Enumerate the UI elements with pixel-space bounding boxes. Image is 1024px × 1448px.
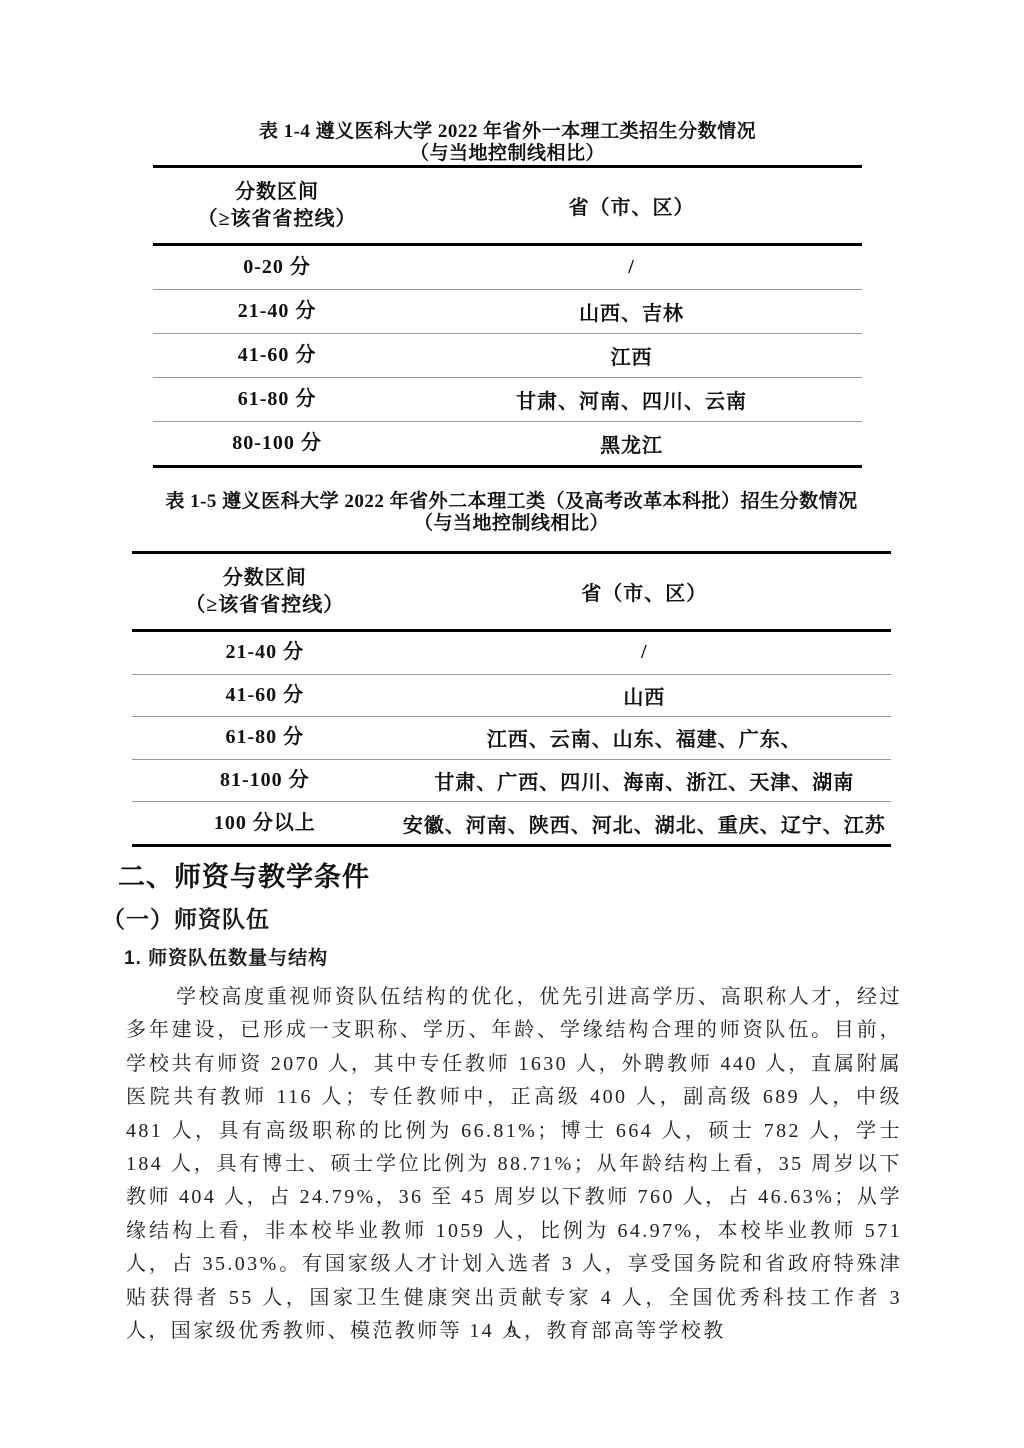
numbered-heading-faculty-quantity-structure: 1. 师资队伍数量与结构 — [124, 943, 328, 970]
score-range-cell: 41-60 分 — [132, 675, 398, 717]
header-score-range-line2: （≥该省省控线） — [198, 206, 357, 233]
table-row: 21-40 分 / — [132, 632, 891, 674]
header-score-range: 分数区间 （≥该省省控线） — [132, 554, 398, 629]
header-score-range: 分数区间 （≥该省省控线） — [153, 168, 401, 243]
table-header-row: 分数区间 （≥该省省控线） 省（市、区） — [132, 554, 891, 632]
province-cell: 安徽、河南、陕西、河北、湖北、重庆、辽宁、江苏 — [398, 802, 891, 844]
province-cell: / — [401, 246, 862, 289]
score-range-cell: 100 分以上 — [132, 802, 398, 844]
table-row: 61-80 分 江西、云南、山东、福建、广东、 — [132, 716, 891, 759]
table-1-4: 分数区间 （≥该省省控线） 省（市、区） 0-20 分 / 21-40 分 山西… — [153, 165, 862, 468]
header-province: 省（市、区） — [398, 554, 891, 629]
score-range-cell: 21-40 分 — [132, 632, 398, 674]
table-row: 0-20 分 / — [153, 246, 862, 289]
province-cell: 江西、云南、山东、福建、广东、 — [398, 717, 891, 759]
table-row: 61-80 分 甘肃、河南、四川、云南 — [153, 377, 862, 421]
table-1-4-title-line1: 表 1-4 遵义医科大学 2022 年省外一本理工类招生分数情况 — [153, 121, 862, 143]
province-cell: 黑龙江 — [401, 422, 862, 465]
score-range-cell: 80-100 分 — [153, 422, 401, 465]
province-cell: 山西 — [398, 675, 891, 717]
table-row: 80-100 分 黑龙江 — [153, 421, 862, 465]
table-row: 100 分以上 安徽、河南、陕西、河北、湖北、重庆、辽宁、江苏 — [132, 801, 891, 844]
table-row: 41-60 分 江西 — [153, 333, 862, 377]
table-1-4-title-line2: （与当地控制线相比） — [153, 143, 862, 165]
table-row: 21-40 分 山西、吉林 — [153, 289, 862, 333]
header-score-range-line1: 分数区间 — [223, 565, 307, 592]
province-cell: / — [398, 632, 891, 674]
section-heading-faculty-and-teaching-conditions: 二、师资与教学条件 — [118, 855, 370, 894]
table-row: 81-100 分 甘肃、广西、四川、海南、浙江、天津、湖南 — [132, 759, 891, 802]
header-score-range-line2: （≥该省省控线） — [185, 592, 344, 619]
score-range-cell: 0-20 分 — [153, 246, 401, 289]
table-1-5-title-line2: （与当地控制线相比） — [132, 513, 891, 535]
document-page: { "table1": { "title_line1": "表 1-4 遵义医科… — [0, 0, 1024, 1448]
table-1-5-title-line1: 表 1-5 遵义医科大学 2022 年省外二本理工类（及高考改革本科批）招生分数… — [132, 491, 891, 513]
province-cell: 甘肃、河南、四川、云南 — [401, 378, 862, 421]
body-paragraph: 学校高度重视师资队伍结构的优化，优先引进高学历、高职称人才，经过多年建设，已形成… — [126, 981, 902, 1348]
province-cell: 江西 — [401, 334, 862, 377]
score-range-cell: 81-100 分 — [132, 760, 398, 802]
table-header-row: 分数区间 （≥该省省控线） 省（市、区） — [153, 168, 862, 246]
table-1-5: 分数区间 （≥该省省控线） 省（市、区） 21-40 分 / 41-60 分 山… — [132, 551, 891, 847]
header-score-range-line1: 分数区间 — [235, 179, 319, 206]
table-1-4-title: 表 1-4 遵义医科大学 2022 年省外一本理工类招生分数情况 （与当地控制线… — [153, 121, 862, 165]
score-range-cell: 61-80 分 — [153, 378, 401, 421]
province-cell: 甘肃、广西、四川、海南、浙江、天津、湖南 — [398, 760, 891, 802]
province-cell: 山西、吉林 — [401, 290, 862, 333]
table-1-5-title: 表 1-5 遵义医科大学 2022 年省外二本理工类（及高考改革本科批）招生分数… — [132, 491, 891, 535]
header-province: 省（市、区） — [401, 168, 862, 243]
score-range-cell: 21-40 分 — [153, 290, 401, 333]
subsection-heading-faculty-team: （一）师资队伍 — [102, 901, 270, 934]
page-number: 9 — [0, 1322, 1024, 1342]
score-range-cell: 61-80 分 — [132, 717, 398, 759]
table-row: 41-60 分 山西 — [132, 674, 891, 717]
score-range-cell: 41-60 分 — [153, 334, 401, 377]
